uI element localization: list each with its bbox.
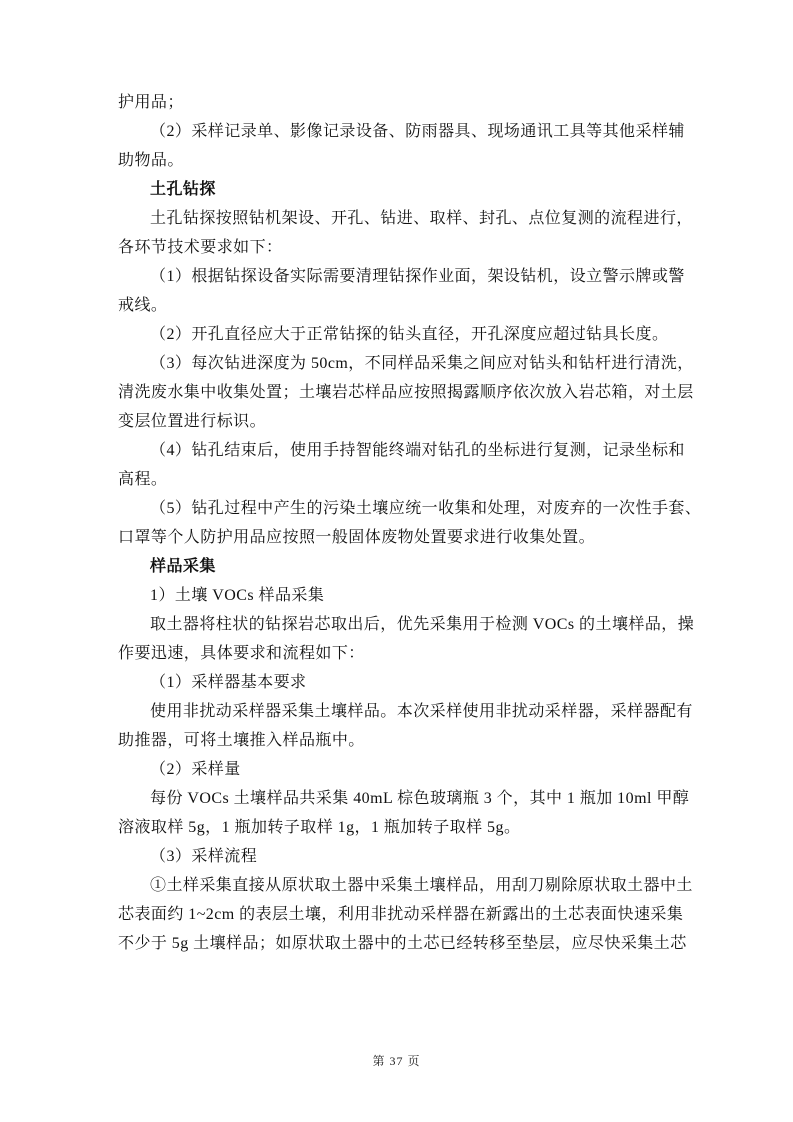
document-page: 护用品； （2）采样记录单、影像记录设备、防雨器具、现场通讯工具等其他采样辅 助… <box>118 88 674 958</box>
text-line: 每份 VOCs 土壤样品共采集 40mL 棕色玻璃瓶 3 个，其中 1 瓶加 1… <box>118 784 674 813</box>
text-line: 清洗废水集中收集处置；土壤岩芯样品应按照揭露顺序依次放入岩芯箱，对土层 <box>118 378 674 407</box>
text-line: （2）采样量 <box>118 755 674 784</box>
text-line: （4）钻孔结束后，使用手持智能终端对钻孔的坐标进行复测，记录坐标和 <box>118 436 674 465</box>
section-heading: 样品采集 <box>118 552 674 581</box>
text-line: 护用品； <box>118 88 674 117</box>
page-number: 第 37 页 <box>0 1052 793 1069</box>
section-heading: 土孔钻探 <box>118 175 674 204</box>
text-line: （2）采样记录单、影像记录设备、防雨器具、现场通讯工具等其他采样辅 <box>118 117 674 146</box>
text-line: 使用非扰动采样器采集土壤样品。本次采样使用非扰动采样器，采样器配有 <box>118 697 674 726</box>
text-line: 溶液取样 5g，1 瓶加转子取样 1g，1 瓶加转子取样 5g。 <box>118 813 674 842</box>
text-line: 助物品。 <box>118 146 674 175</box>
text-line: 各环节技术要求如下： <box>118 233 674 262</box>
text-line: （2）开孔直径应大于正常钻探的钻头直径，开孔深度应超过钻具长度。 <box>118 320 674 349</box>
text-line: 变层位置进行标识。 <box>118 407 674 436</box>
text-line: （5）钻孔过程中产生的污染土壤应统一收集和处理，对废弃的一次性手套、 <box>118 494 674 523</box>
text-line: 取土器将柱状的钻探岩芯取出后，优先采集用于检测 VOCs 的土壤样品，操 <box>118 610 674 639</box>
text-line: （3）采样流程 <box>118 842 674 871</box>
text-line: 不少于 5g 土壤样品；如原状取土器中的土芯已经转移至垫层，应尽快采集土芯 <box>118 929 674 958</box>
text-line: ①土样采集直接从原状取土器中采集土壤样品，用刮刀剔除原状取土器中土 <box>118 871 674 900</box>
subsection-title: 1）土壤 VOCs 样品采集 <box>118 581 674 610</box>
text-line: 作要迅速，具体要求和流程如下： <box>118 639 674 668</box>
text-line: （1）采样器基本要求 <box>118 668 674 697</box>
text-line: 戒线。 <box>118 291 674 320</box>
text-line: （3）每次钻进深度为 50cm，不同样品采集之间应对钻头和钻杆进行清洗， <box>118 349 674 378</box>
text-line: 助推器，可将土壤推入样品瓶中。 <box>118 726 674 755</box>
text-line: 高程。 <box>118 465 674 494</box>
text-line: （1）根据钻探设备实际需要清理钻探作业面，架设钻机，设立警示牌或警 <box>118 262 674 291</box>
text-line: 口罩等个人防护用品应按照一般固体废物处置要求进行收集处置。 <box>118 523 674 552</box>
text-line: 土孔钻探按照钻机架设、开孔、钻进、取样、封孔、点位复测的流程进行， <box>118 204 674 233</box>
text-line: 芯表面约 1~2cm 的表层土壤，利用非扰动采样器在新露出的土芯表面快速采集 <box>118 900 674 929</box>
